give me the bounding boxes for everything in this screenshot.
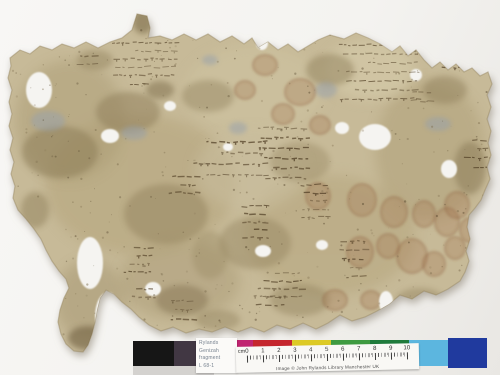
ruler-tick — [343, 354, 344, 361]
ruler-number: 5 — [325, 346, 328, 352]
ruler-tick — [295, 355, 296, 362]
ruler-number: 1 — [261, 348, 264, 354]
calibration-patch-dark-blue — [448, 338, 487, 368]
ruler-number: 10 — [403, 345, 410, 351]
calibration-bar — [0, 0, 500, 375]
label-line-fragment: fragment — [199, 355, 237, 363]
ruler-number: 6 — [341, 346, 344, 352]
shelfmark-label-card: Rylands Genizah fragment L 68-1 — [196, 338, 237, 373]
ruler-tick — [327, 354, 328, 361]
ruler-number: 9 — [389, 345, 392, 351]
ruler-tick — [391, 353, 392, 360]
ruler-number: 7 — [357, 346, 360, 352]
ruler-tick — [407, 352, 408, 359]
ruler-tick — [263, 355, 264, 362]
ruler-tick — [311, 354, 312, 361]
ruler-number: 0 — [245, 348, 248, 354]
ruler-number: 2 — [277, 347, 280, 353]
label-line-genizah: Genizah — [199, 348, 237, 356]
ruler-number: 4 — [309, 347, 312, 353]
ruler-unit-label: cm — [238, 349, 245, 355]
ruler-number: 8 — [373, 345, 376, 351]
calibration-patch-black — [133, 341, 174, 366]
ruler-number: 3 — [293, 347, 296, 353]
ruler: cm Image © John Rylands Library Manchest… — [236, 343, 420, 373]
ruler-tick — [247, 356, 248, 363]
photo-stage: Rylands Genizah fragment L 68-1 cm Image… — [0, 0, 500, 375]
ruler-tick — [375, 353, 376, 360]
label-line-shelfmark: L 68-1 — [199, 363, 237, 371]
ruler-tick — [359, 353, 360, 360]
label-line-collection: Rylands — [199, 340, 237, 348]
ruler-tick — [279, 355, 280, 362]
